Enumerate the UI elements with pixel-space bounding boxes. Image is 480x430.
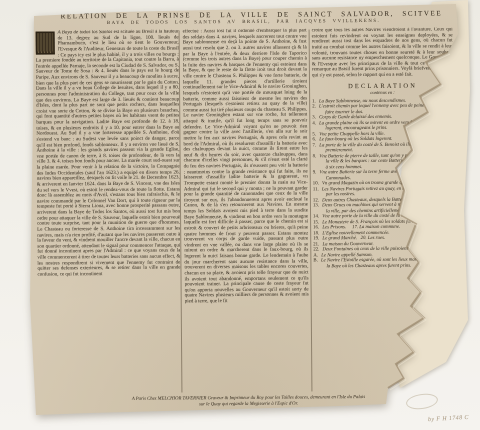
item-text: Vne Batterie de pierre de taille, tant q… bbox=[318, 153, 452, 170]
declaration-heading: DECLARATION bbox=[312, 83, 453, 90]
item-number: 14. bbox=[313, 215, 321, 220]
item-number: 12. bbox=[313, 198, 321, 203]
item-text: L'estroit chemin par lequel l'ennemy ave… bbox=[318, 104, 450, 115]
item-number: 10. bbox=[313, 182, 321, 187]
column-left-text: est scituée au Bresil à la hauteur de 13… bbox=[36, 29, 181, 277]
woodcut-initial bbox=[36, 31, 55, 54]
declaration-subtitle: contenus en : bbox=[312, 90, 453, 97]
imprint: A Paris Chez MELCHIOR TAVERNIER Graveur … bbox=[59, 394, 437, 409]
printed-content: RELATION DE LA PRINSE DE LA VILLE DE SAI… bbox=[0, 0, 480, 430]
item-number: 16. bbox=[313, 226, 321, 231]
scan-background: RELATION DE LA PRINSE DE LA VILLE DE SAI… bbox=[0, 0, 480, 430]
item-number: 21. bbox=[313, 242, 321, 247]
item-text: Vne autre Batterie sur la terre ferme av… bbox=[318, 170, 433, 181]
column-left-lead: A Baya de todos los Santos bbox=[58, 30, 113, 35]
column-left: A Baya de todos los Santos est scituée a… bbox=[36, 29, 182, 402]
declaration-item: 4. La grande plaine où ils se mirent en … bbox=[312, 120, 453, 132]
paper-sheet: RELATION DE LA PRINSE DE LA VILLE DE SAI… bbox=[0, 0, 480, 430]
paper-sheet-wrap: RELATION DE LA PRINSE DE LA VILLE DE SAI… bbox=[0, 0, 480, 430]
item-text: La porte de la ville du costé de S. Beno… bbox=[318, 142, 429, 153]
item-number: 22. bbox=[313, 248, 321, 253]
item-text: Le grand Marché. 20. Les rues. bbox=[321, 236, 385, 242]
column-middle-text2: Le Vice-Admiral voyant qu'on ne pouvoit … bbox=[183, 124, 308, 304]
declaration-item: 2. L'estroit chemin par lequel l'ennemy … bbox=[312, 104, 453, 116]
declaration-item: B. Le Navire l'Estoille esgarée, où sont… bbox=[313, 258, 454, 270]
item-number: 18. bbox=[313, 231, 321, 236]
declaration-item: 8. Vne Batterie de pierre de taille, tan… bbox=[313, 153, 454, 171]
item-text: Le Navire l'Estoille esgarée, où sont le… bbox=[320, 258, 453, 269]
item-text: Deux Grues ou machines qui servent à mon… bbox=[321, 203, 453, 214]
item-number: 15. bbox=[313, 220, 321, 225]
item-text: Les Navires Portugais retirez au quay, e… bbox=[321, 186, 447, 197]
declaration-item: 7. La porte de la ville du costé de S. B… bbox=[312, 142, 453, 154]
item-number: 11. bbox=[313, 187, 321, 192]
column-middle-text: effectué : Aussi tost fut il ordonné d'e… bbox=[183, 28, 308, 130]
item-text: La grande plaine où ils se mirent en ord… bbox=[318, 120, 453, 132]
column-right-intro: croire que tous les autres Navires viend… bbox=[312, 27, 453, 79]
column-middle: effectué : Aussi tost fut il ordonné d'e… bbox=[183, 28, 310, 401]
imprint-line2: sur le Quay qui regarde la Megisserie à … bbox=[199, 401, 298, 407]
declaration-item: 9. Vne autre Batterie sur la terre ferme… bbox=[313, 170, 454, 182]
item-text: Deux Fontaines où ceux de la ville puiso… bbox=[321, 247, 426, 253]
column-right: croire que tous les autres Navires viend… bbox=[312, 27, 456, 394]
declaration-list: 1. La Baye Sablonneuse, ou nous descendi… bbox=[312, 98, 454, 270]
item-number: 19. bbox=[313, 237, 321, 242]
declaration-item: 13. Deux Grues ou machines qui servent à… bbox=[313, 203, 454, 215]
declaration-item: 11. Les Navires Portugais retirez au qua… bbox=[313, 186, 454, 198]
item-number: 13. bbox=[313, 204, 321, 209]
